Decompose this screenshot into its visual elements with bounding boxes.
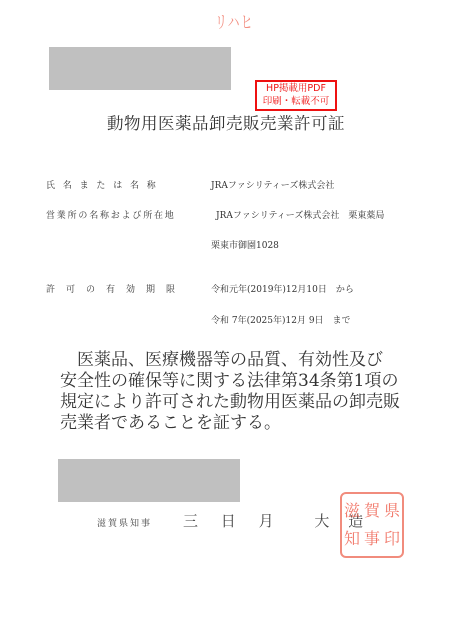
governor-title: 滋賀県知事	[97, 516, 152, 529]
field-value-office: JRAファシリティーズ株式会社 栗東薬局	[216, 208, 384, 221]
document-title: 動物用医薬品卸売販売業許可証	[107, 110, 345, 134]
seal-column-2: 賀 事	[364, 497, 380, 553]
header-mark: リハヒ	[215, 10, 254, 34]
statement-line-4: 売業者であることを証する。	[60, 413, 400, 434]
governor-name: 三 日 月 大 造	[183, 510, 363, 531]
seal-char: 滋	[344, 497, 360, 525]
field-label-validity: 許可の有効期限	[46, 282, 186, 295]
name-char: 月	[259, 510, 274, 531]
certification-statement: 医薬品、医療機器等の品質、有効性及び 安全性の確保等に関する法律第34条第1項の…	[60, 350, 400, 434]
field-label-office: 営業所の名称および所在地	[46, 208, 176, 221]
statement-line-3: 規定により許可された動物用医薬品の卸売販	[60, 392, 400, 413]
seal-column-1: 県 印	[384, 497, 400, 553]
stamp-line-1: HP掲載用PDF	[257, 82, 335, 95]
seal-char: 県	[384, 497, 400, 525]
seal-column-3: 滋 知	[344, 497, 360, 553]
statement-line-1: 医薬品、医療機器等の品質、有効性及び	[60, 350, 400, 371]
seal-char: 賀	[364, 497, 380, 525]
official-seal: 県 印 賀 事 滋 知	[340, 492, 404, 558]
seal-char: 事	[364, 525, 380, 553]
field-value-valid-from: 令和元年(2019年)12月10日 から	[211, 282, 354, 295]
seal-char: 印	[384, 525, 400, 553]
seal-char: 知	[344, 525, 360, 553]
hp-publication-stamp: HP掲載用PDF 印刷・転載不可	[255, 80, 337, 111]
name-char: 三	[183, 510, 198, 531]
field-value-address: 栗東市御園1028	[211, 238, 279, 251]
field-value-name: JRAファシリティーズ株式会社	[211, 178, 334, 191]
redacted-block-top	[49, 47, 231, 90]
redacted-block-bottom	[58, 459, 240, 502]
statement-line-2: 安全性の確保等に関する法律第34条第1項の	[60, 371, 400, 392]
field-value-valid-until: 令和 7年(2025年)12月 9日 まで	[211, 313, 351, 326]
stamp-line-2: 印刷・転載不可	[257, 95, 335, 108]
name-char: 大	[314, 510, 329, 531]
name-char: 日	[221, 510, 236, 531]
field-label-name: 氏名または名称	[46, 178, 164, 191]
